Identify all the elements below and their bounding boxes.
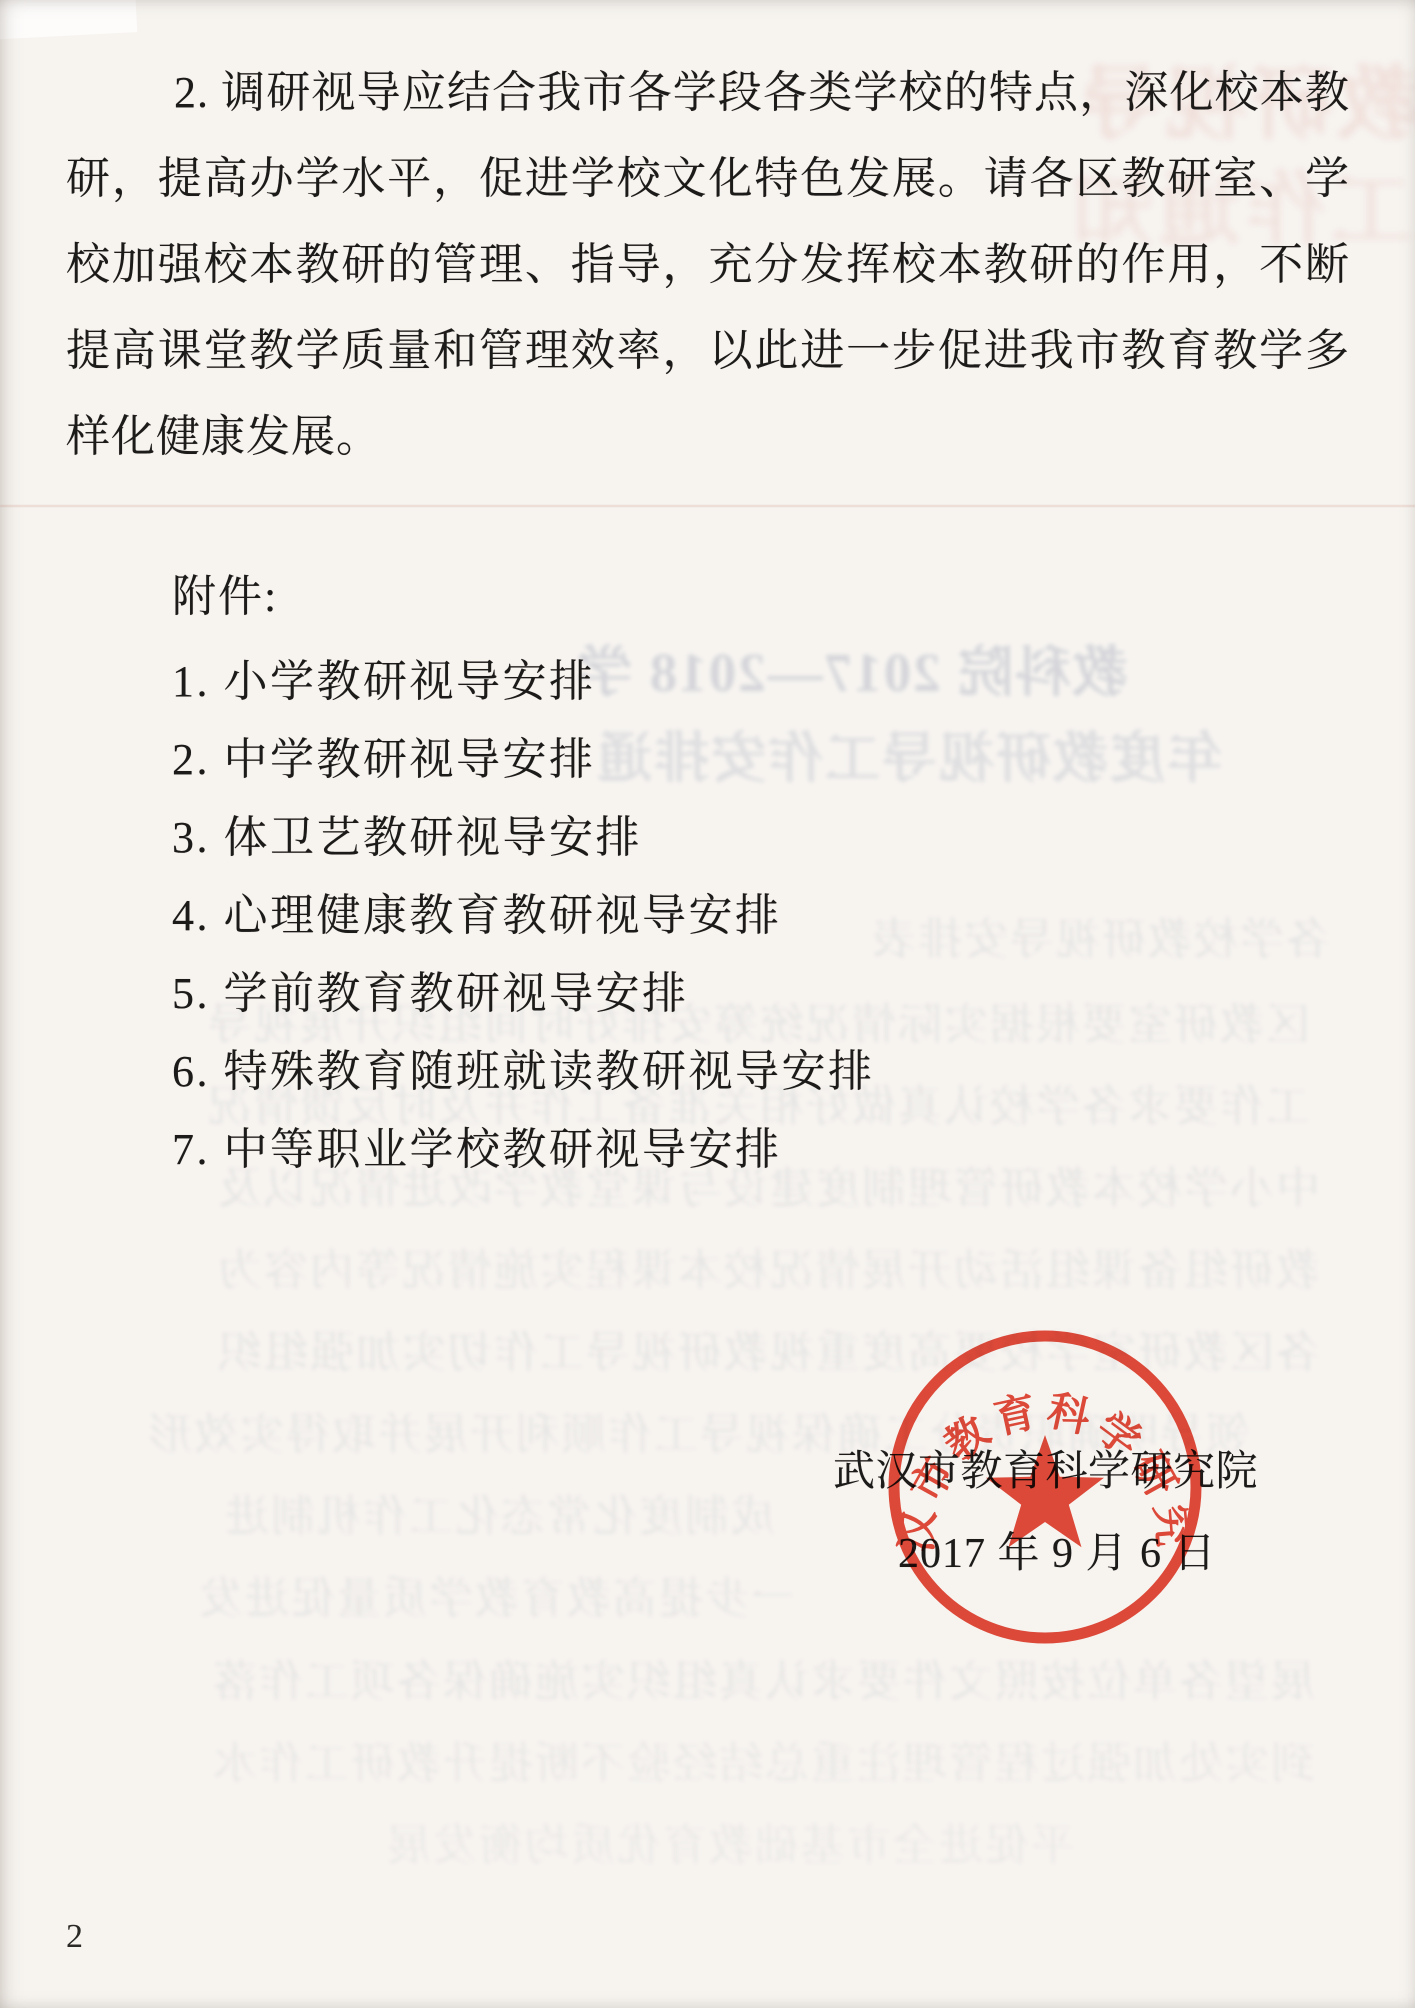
attachment-list-item: 5. 学前教育教研视导安排 <box>172 957 689 1021</box>
bleedthrough-text: 一步提高教育教学质量促进发 <box>75 1562 795 1626</box>
bleedthrough-text: 展望各单位按照文件要求认真组织实施确保各项工作落 <box>75 1645 1315 1709</box>
body-line: 校加强校本教研的管理、指导，充分发挥校本教研的作用，不断 <box>66 236 1350 294</box>
bleedthrough-text: 成制度化常态化工作机制进 <box>75 1480 775 1544</box>
star-icon <box>986 1435 1104 1547</box>
attachment-list-item: 3. 体卫艺教研视导安排 <box>172 801 642 865</box>
attachments-heading: 附件: <box>172 560 278 624</box>
official-seal: 武汉市教育科学研究院 <box>880 1322 1210 1652</box>
bleedthrough-text: 到实处加强过程管理注重总结经验不断提升教研工作水 <box>75 1727 1315 1791</box>
scan-corner-artifact <box>0 0 137 40</box>
attachment-list-item: 6. 特殊教育随班就读教研视导安排 <box>172 1035 875 1099</box>
body-line: 研，提高办学水平，促进学校文化特色发展。请各区教研室、学 <box>66 150 1350 208</box>
document-page: 教研视导 工作通知 教科院 2017—2018 学 年度教研视导工作安排通 各学… <box>0 0 1415 2008</box>
body-line: 2. 调研视导应结合我市各学段各类学校的特点，深化校本教 <box>66 64 1350 122</box>
attachment-list-item: 2. 中学教研视导安排 <box>172 723 596 787</box>
body-line: 提高课堂教学质量和管理效率，以此进一步促进我市教育教学多 <box>66 322 1350 380</box>
attachment-list-item: 7. 中等职业学校教研视导安排 <box>172 1113 782 1177</box>
page-number: 2 <box>66 1918 83 1956</box>
attachment-list-item: 1. 小学教研视导安排 <box>172 645 596 709</box>
bleedthrough-text: 年度教研视导工作安排通 <box>595 714 1222 793</box>
bleedthrough-text: 教科院 2017—2018 学 <box>575 628 1128 707</box>
bleedthrough-text: 各学校教研视导安排表 <box>850 903 1330 967</box>
bleedthrough-text: 教研组备课组活动开展情况校本课程实施情况等内容为 <box>90 1234 1320 1298</box>
scan-crease-line <box>0 505 1415 507</box>
body-line: 样化健康发展。 <box>66 408 1350 466</box>
attachment-list-item: 4. 心理健康教育教研视导安排 <box>172 879 782 943</box>
bleedthrough-text: 平促进全市基础教育优质均衡发展 <box>75 1809 1075 1873</box>
